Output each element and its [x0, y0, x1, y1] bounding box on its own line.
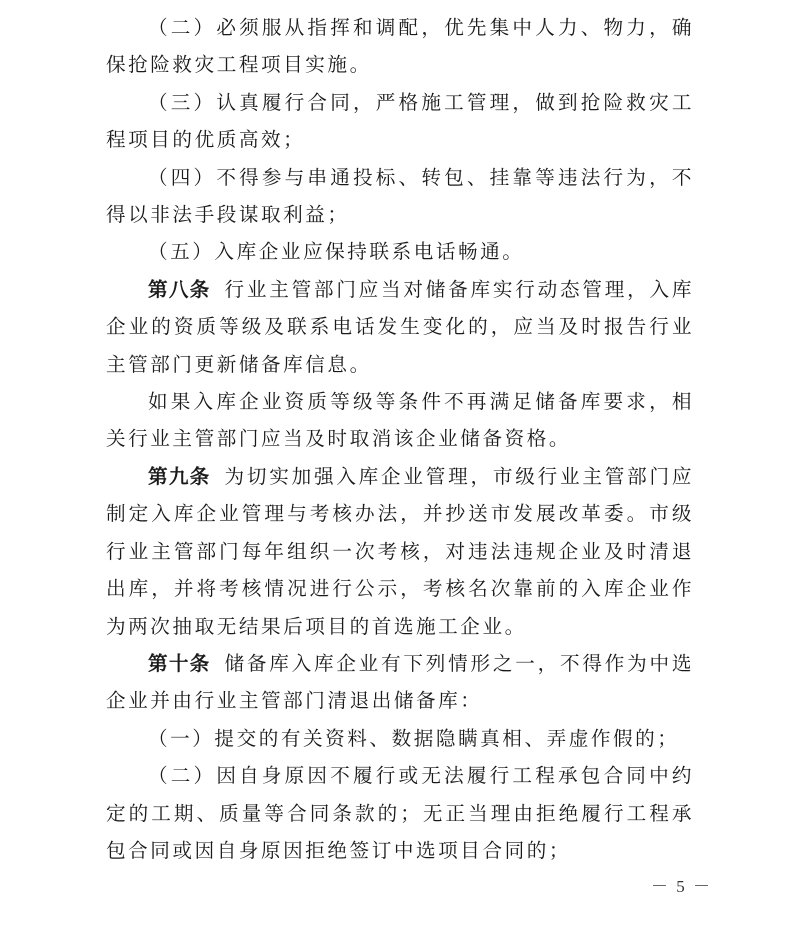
document-body: （二）必须服从指挥和调配，优先集中人力、物力，确保抢险救灾工程项目实施。 （三）… — [106, 9, 694, 869]
page-number: － 5 － — [651, 872, 712, 897]
clause-item-5: （五）入库企业应保持联系电话畅通。 — [106, 233, 694, 270]
clause-item-3: （三）认真履行合同，严格施工管理，做到抢险救灾工程项目的优质高效； — [106, 84, 694, 159]
article-10: 第十条储备库入库企业有下列情形之一，不得作为中选企业并由行业主管部门清退出储备库… — [106, 645, 694, 720]
article-text: 为切实加强入库企业管理，市级行业主管部门应制定入库企业管理与考核办法，并抄送市发… — [106, 465, 694, 638]
clause-item-1: （一）提交的有关资料、数据隐瞒真相、弄虚作假的； — [106, 720, 694, 757]
article-8: 第八条行业主管部门应当对储备库实行动态管理，入库企业的资质等级及联系电话发生变化… — [106, 271, 694, 383]
document-page: （二）必须服从指挥和调配，优先集中人力、物力，确保抢险救灾工程项目实施。 （三）… — [0, 0, 793, 929]
clause-item-4: （四）不得参与串通投标、转包、挂靠等违法行为，不得以非法手段谋取利益； — [106, 159, 694, 234]
clause-item-2: （二）必须服从指挥和调配，优先集中人力、物力，确保抢险救灾工程项目实施。 — [106, 9, 694, 84]
article-8-paragraph-2: 如果入库企业资质等级等条件不再满足储备库要求，相关行业主管部门应当及时取消该企业… — [106, 383, 694, 458]
article-number: 第十条 — [148, 652, 210, 675]
article-number: 第九条 — [148, 465, 210, 488]
article-number: 第八条 — [148, 278, 210, 301]
article-9: 第九条为切实加强入库企业管理，市级行业主管部门应制定入库企业管理与考核办法，并抄… — [106, 458, 694, 645]
clause-item-2b: （二）因自身原因不履行或无法履行工程承包合同中约定的工期、质量等合同条款的；无正… — [106, 757, 694, 869]
